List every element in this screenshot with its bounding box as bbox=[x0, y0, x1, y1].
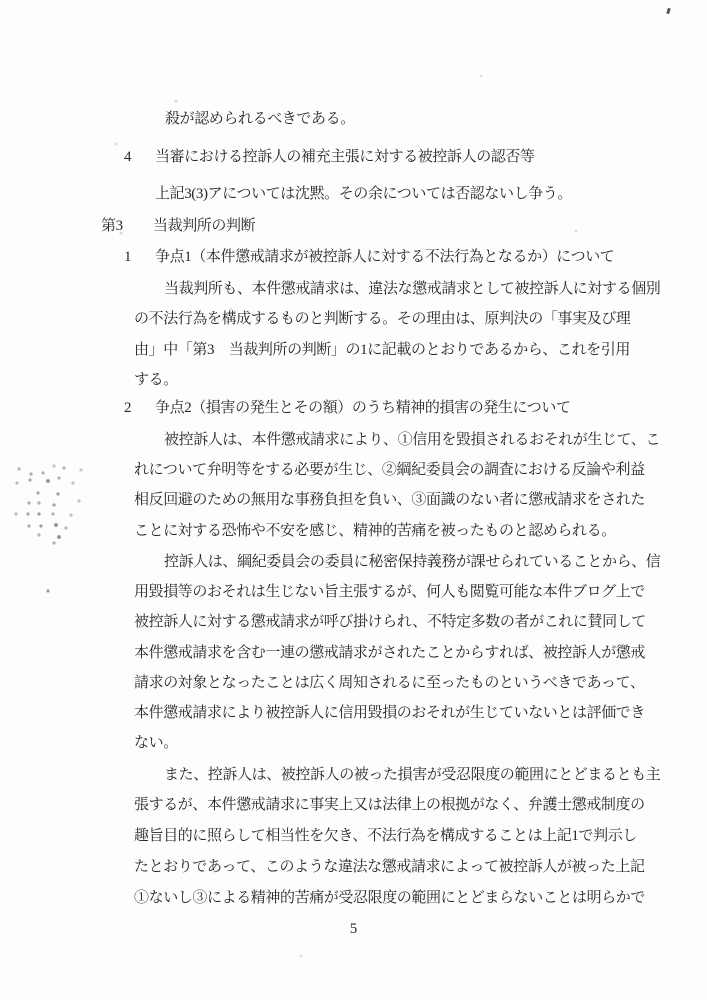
scan-artifact-dots bbox=[0, 0, 2, 2]
document-page: 殺が認められるべきである。 4 当審における控訴人の補充主張に対する被控訴人の認… bbox=[0, 0, 707, 1000]
text-line: 請求の対象となったことは広く周知されるに至ったものというべきであって、 bbox=[134, 672, 645, 694]
text-line: 上記3(3)アについては沈黙。その余については否認ないし争う。 bbox=[155, 183, 572, 205]
item-number: 4 bbox=[124, 146, 131, 168]
item-text: 争点1（本件懲戒請求が被控訴人に対する不法行為となるか）について bbox=[155, 246, 614, 268]
scan-speck bbox=[666, 8, 671, 15]
text-line: 被控訴人に対する懲戒請求が呼び掛けられ、不特定多数の者がこれに賛同して bbox=[134, 611, 646, 633]
text-line: 本件懲戒請求を含む一連の懲戒請求がされたことからすれば、被控訴人が懲戒 bbox=[134, 642, 645, 664]
section-number: 第3 bbox=[101, 215, 123, 237]
text-line: たとおりであって、このような違法な懲戒請求によって被控訴人が被った上記 bbox=[134, 856, 645, 878]
item-number: 1 bbox=[124, 246, 131, 268]
text-line: 趣旨目的に照らして相当性を欠き、不法行為を構成することは上記1で判示し bbox=[134, 825, 637, 847]
page-number: 5 bbox=[0, 921, 707, 938]
text-line: 本件懲戒請求により被控訴人に信用毀損のおそれが生じていないとは評価でき bbox=[134, 702, 645, 724]
text-line: の不法行為を構成するものと判断する。その理由は、原判決の「事実及び理 bbox=[134, 308, 630, 330]
section-title: 当裁判所の判断 bbox=[153, 215, 255, 237]
text-line: 相反回避のための無用な事務負担を負い、③面識のない者に懲戒請求をされた bbox=[134, 489, 645, 511]
text-line: 殺が認められるべきである。 bbox=[165, 108, 355, 130]
item-text: 当審における控訴人の補充主張に対する被控訴人の認否等 bbox=[155, 146, 535, 168]
text-line: れについて弁明等をする必要が生じ、②綱紀委員会の調査における反論や利益 bbox=[134, 459, 645, 481]
text-line: また、控訴人は、被控訴人の被った損害が受忍限度の範囲にとどまるとも主 bbox=[164, 764, 660, 786]
text-line: ①ないし③による精神的苦痛が受忍限度の範囲にとどまらないことは明らかで bbox=[134, 887, 645, 909]
item-number: 2 bbox=[124, 397, 131, 419]
text-line: 用毀損等のおそれは生じない旨主張するが、何人も閲覧可能な本件ブログ上で bbox=[134, 581, 645, 603]
text-line: 張するが、本件懲戒請求に事実上又は法律上の根拠がなく、弁護士懲戒制度の bbox=[134, 794, 645, 816]
text-line: する。 bbox=[134, 369, 178, 391]
text-line: 由」中「第3 当裁判所の判断」の1に記載のとおりであるから、これを引用 bbox=[134, 339, 630, 361]
text-line: ない。 bbox=[134, 732, 178, 754]
text-line: 控訴人は、綱紀委員会の委員に秘密保持義務が課せられていることから、信 bbox=[164, 551, 660, 573]
text-line: ことに対する恐怖や不安を感じ、精神的苦痛を被ったものと認められる。 bbox=[134, 520, 616, 542]
text-line: 当裁判所も、本件懲戒請求は、違法な懲戒請求として被控訴人に対する個別 bbox=[164, 278, 660, 300]
item-text: 争点2（損害の発生とその額）のうち精神的損害の発生について bbox=[155, 397, 571, 419]
text-line: 被控訴人は、本件懲戒請求により、①信用を毀損されるおそれが生じて、こ bbox=[164, 429, 660, 451]
